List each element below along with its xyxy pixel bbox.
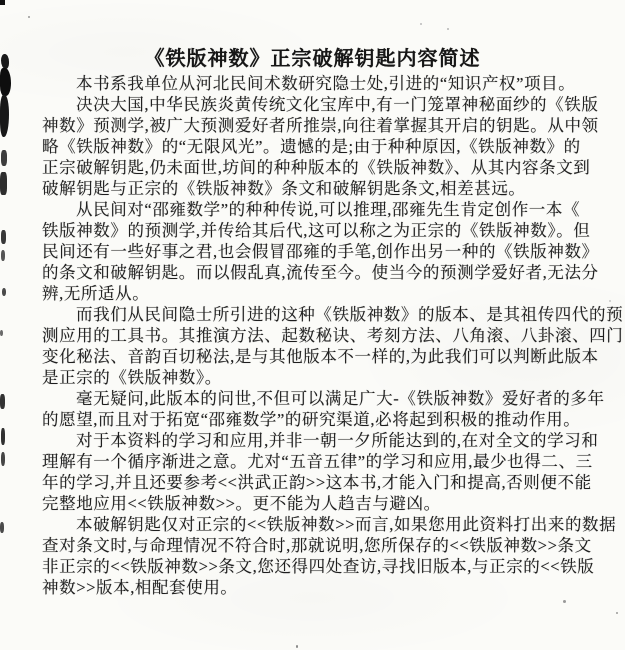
text-line: 的愿望,而且对于拓宽“邵雍数学”的研究渠道,必将起到积极的推动作用。 — [42, 409, 587, 430]
text-line: 理解有一个循序渐进之意。尤对“五音五律”的学习和应用,最少也得二、三 — [42, 451, 587, 472]
spine-ink-mark — [1, 428, 5, 445]
text-line: 本书系我单位从河北民间术数研究隐士处,引进的“知识产权”项目。 — [42, 73, 587, 94]
text-line: 神数>>版本,相配套使用。 — [42, 577, 587, 598]
text-line: 铁版神数》的预测学,并传给其后代,这可以称之为正宗的《铁版神数》。但 — [42, 220, 587, 241]
dust-speck — [609, 300, 611, 302]
text-line: 民间还有一些好事之君,也会假冒邵雍的手笔,创作出另一种的《铁版神数》 — [42, 241, 587, 262]
scan-corner-mark — [0, 0, 5, 5]
dust-speck — [28, 16, 30, 18]
text-line: 非正宗的<<铁版神数>>条文,您还得四处查访,寻找旧版本,与正宗的<<铁版 — [42, 556, 587, 577]
text-line: 完整地应用<<铁版神数>>。更不能为人趋吉与避凶。 — [42, 493, 587, 514]
text-line: 而我们从民间隐士所引进的这种《铁版神数》的版本、是其祖传四代的预 — [42, 304, 587, 325]
dust-speck — [563, 600, 566, 603]
text-line: 的条文和破解钥匙。而以假乱真,流传至今。使当今的预测学爱好者,无法分 — [42, 262, 587, 283]
text-line: 本破解钥匙仅对正宗的<<铁版神数>>而言,如果您用此资料打出来的数据 — [42, 514, 587, 535]
text-line: 年的学习,并且还要参考<<洪武正韵>>这本书,才能入门和提高,否则便不能 — [42, 472, 587, 493]
text-line: 从民间对“邵雍数学”的种种传说,可以推理,邵雍先生肯定创作一本《 — [42, 199, 587, 220]
scanned-page: 《铁版神数》正宗破解钥匙内容简述 本书系我单位从河北民间术数研究隐士处,引进的“… — [0, 0, 625, 650]
spine-ink-smudge — [1, 54, 9, 69]
text-line: 查对条文时,与命理情况不符合时,那就说明,您所保存的<<铁版神数>>条文 — [42, 535, 587, 556]
text-line: 测应用的工具书。其推演方法、起数秘诀、考刻方法、八角滚、八卦滚、四门 — [42, 325, 587, 346]
text-line: 是正宗的《铁版神数》。 — [42, 367, 587, 388]
dust-speck — [296, 645, 298, 648]
dust-speck — [420, 23, 422, 25]
text-line: 辨,无所适从。 — [42, 283, 587, 304]
text-line: 略《铁版神数》的“无限风光”。遗憾的是;由于种种原因,《铁版神数》的 — [42, 136, 587, 157]
text-line: 神数》预测学,被广大预测爱好者所推崇,向往着掌握其开启的钥匙。从中领 — [42, 115, 587, 136]
spine-ink-mark — [1, 250, 5, 261]
dust-speck — [447, 28, 449, 30]
dust-speck — [589, 362, 591, 364]
spine-ink-mark — [1, 150, 7, 166]
spine-ink-mark — [1, 452, 5, 466]
spine-ink-smudge — [0, 68, 11, 96]
spine-ink-mark — [0, 522, 4, 533]
text-line: 破解钥匙与正宗的《铁版神数》条文和破解钥匙条文,相差甚远。 — [42, 178, 587, 199]
spine-ink-mark — [2, 288, 6, 296]
text-line: 对于本资料的学习和应用,并非一朝一夕所能达到的,在对全文的学习和 — [42, 430, 587, 451]
spine-ink-mark — [0, 172, 7, 195]
spine-ink-mark — [0, 394, 5, 409]
dust-speck — [616, 612, 618, 614]
spine-ink-mark — [0, 330, 3, 336]
spine-ink-smudge — [0, 95, 9, 137]
spine-ink-mark — [1, 230, 6, 244]
text-line: 毫无疑问,此版本的问世,不但可以满足广大-《铁版神数》爱好者的多年 — [42, 388, 587, 409]
page-title: 《铁版神数》正宗破解钥匙内容简述 — [0, 42, 625, 71]
text-line: 变化秘法、音韵百切秘法,是与其他版本不一样的,为此我们可以判断此版本 — [42, 346, 587, 367]
text-line: 正宗破解钥匙,仍未面世,坊间的种种版本的《铁版神数》、从其内容条文到 — [42, 157, 587, 178]
body-text: 本书系我单位从河北民间术数研究隐士处,引进的“知识产权”项目。决决大国,中华民族… — [42, 73, 587, 598]
text-line: 决决大国,中华民族炎黄传统文化宝库中,有一门笼罩神秘面纱的《铁版 — [42, 94, 587, 115]
